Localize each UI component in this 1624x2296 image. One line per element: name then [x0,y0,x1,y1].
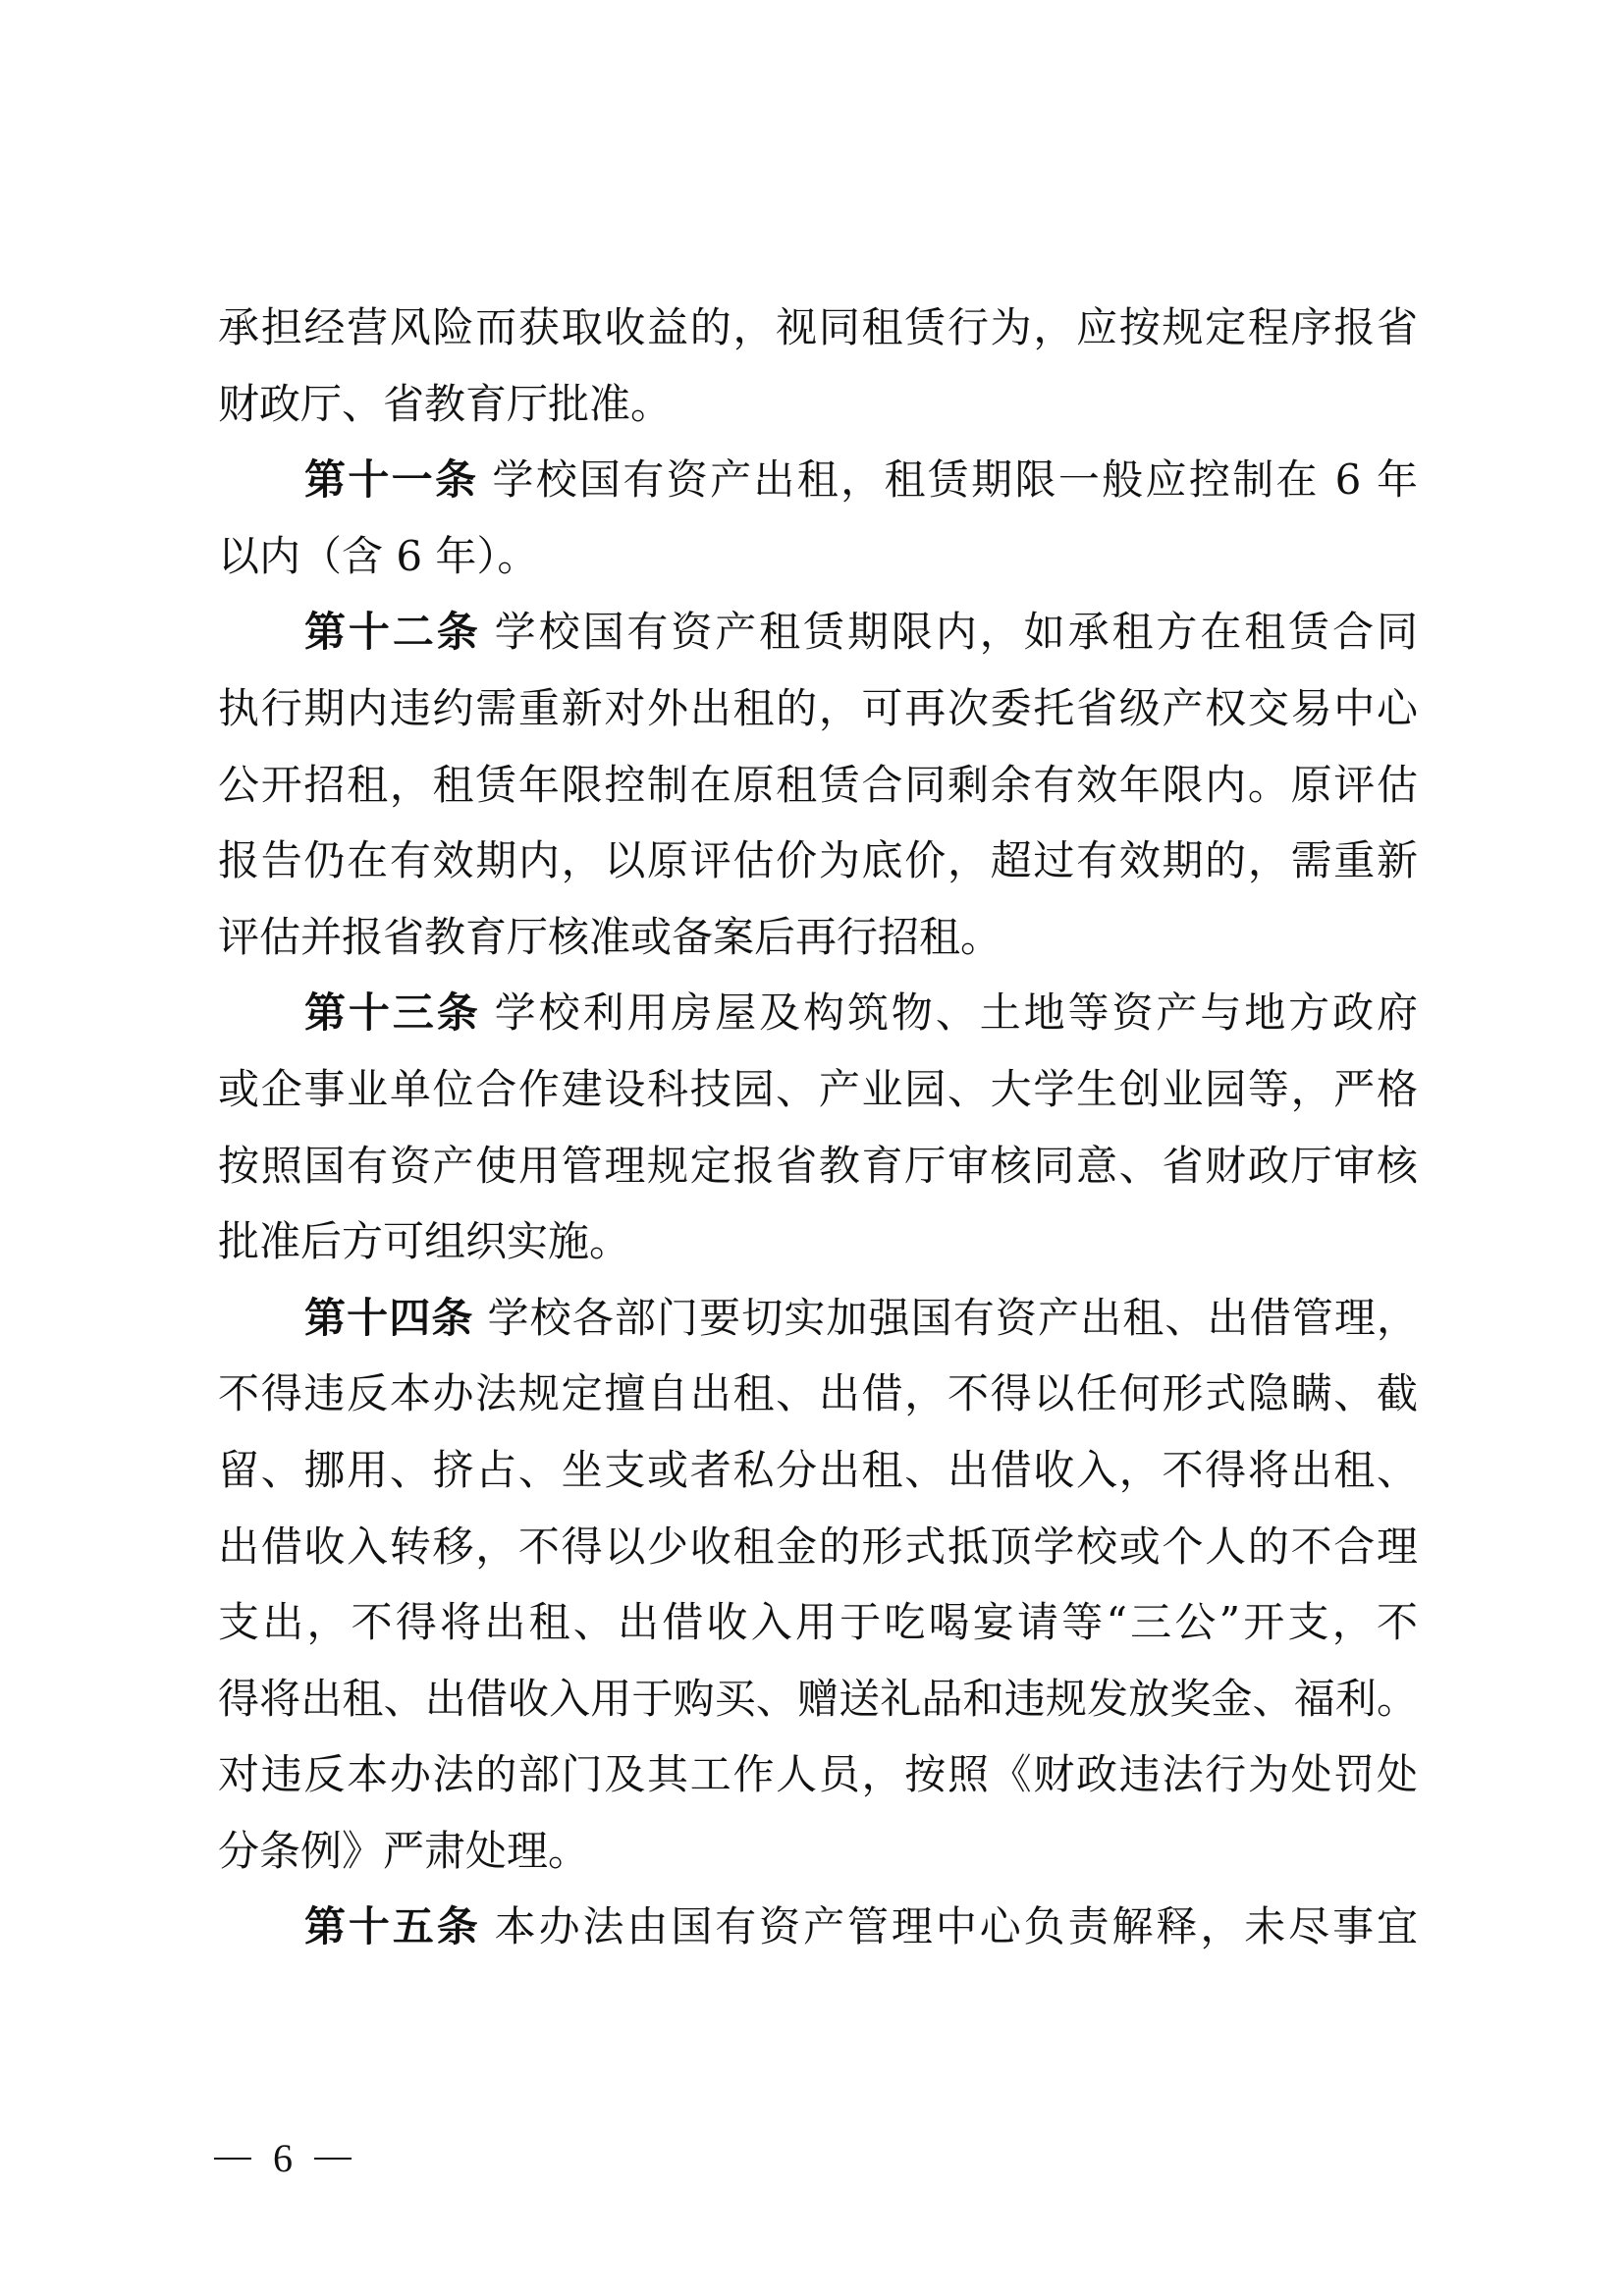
text-line: 留、挪用、挤占、坐支或者私分出租、出借收入，不得将出租、 [218,1432,1418,1509]
article-heading: 第十一条 [304,455,478,504]
article-text: 学校国有资产租赁期限内，如承租方在租赁合同 [495,608,1418,656]
text-line: 财政厅、省教育厅批准。 [218,366,1418,443]
article-heading: 第十三条 [304,988,481,1037]
text-line: 批准后方可组织实施。 [218,1203,1418,1280]
text-line: 评估并报省教育厅核准或备案后再行招租。 [218,899,1418,976]
article-text: 学校利用房屋及构筑物、土地等资产与地方政府 [495,988,1418,1037]
text-line: 分条例》严肃处理。 [218,1813,1418,1890]
text-line: 以内（含 6 年）。 [218,518,1418,595]
document-page: 承担经营风险而获取收益的，视同租赁行为，应按规定程序报省 财政厅、省教育厅批准。… [0,0,1624,2296]
text-line: 支出，不得将出租、出借收入用于吃喝宴请等“三公”开支，不 [218,1584,1418,1661]
article-heading: 第十二条 [304,608,481,656]
dash-left [214,2158,251,2160]
text-line: 得将出租、出借收入用于购买、赠送礼品和违规发放奖金、福利。 [218,1661,1418,1737]
page-number: 6 [214,2135,352,2181]
article-text: 学校各部门要切实加强国有资产出租、出借管理， [487,1294,1418,1342]
text-line: 承担经营风险而获取收益的，视同租赁行为，应按规定程序报省 [218,290,1418,366]
text-line: 执行期内违约需重新对外出租的，可再次委托省级产权交易中心 [218,670,1418,747]
text-line: 按照国有资产使用管理规定报省教育厅审核同意、省财政厅审核 [218,1128,1418,1204]
text-line: 报告仍在有效期内，以原评估价为底价，超过有效期的，需重新 [218,823,1418,899]
article-heading: 第十五条 [304,1902,481,1950]
document-body: 承担经营风险而获取收益的，视同租赁行为，应按规定程序报省 财政厅、省教育厅批准。… [218,290,1418,1965]
text-line: 对违反本办法的部门及其工作人员，按照《财政违法行为处罚处 [218,1736,1418,1813]
page-number-value: 6 [273,2135,293,2181]
article-heading: 第十四条 [304,1294,473,1342]
text-line: 或企事业单位合作建设科技园、产业园、大学生创业园等，严格 [218,1051,1418,1128]
article-13-line: 第十三条学校利用房屋及构筑物、土地等资产与地方政府 [218,975,1418,1051]
text-line: 公开招租，租赁年限控制在原租赁合同剩余有效年限内。原评估 [218,747,1418,824]
article-14-line: 第十四条学校各部门要切实加强国有资产出租、出借管理， [218,1280,1418,1357]
article-text: 学校国有资产出租，租赁期限一般应控制在 6 年 [492,455,1418,504]
article-text: 本办法由国有资产管理中心负责解释，未尽事宜 [495,1902,1418,1950]
dash-right [314,2158,352,2160]
article-12-line: 第十二条学校国有资产租赁期限内，如承租方在租赁合同 [218,594,1418,670]
article-15-line: 第十五条本办法由国有资产管理中心负责解释，未尽事宜 [218,1889,1418,1965]
text-line: 出借收入转移，不得以少收租金的形式抵顶学校或个人的不合理 [218,1509,1418,1585]
text-line: 不得违反本办法规定擅自出租、出借，不得以任何形式隐瞒、截 [218,1356,1418,1432]
article-11-line: 第十一条学校国有资产出租，租赁期限一般应控制在 6 年 [218,442,1418,518]
